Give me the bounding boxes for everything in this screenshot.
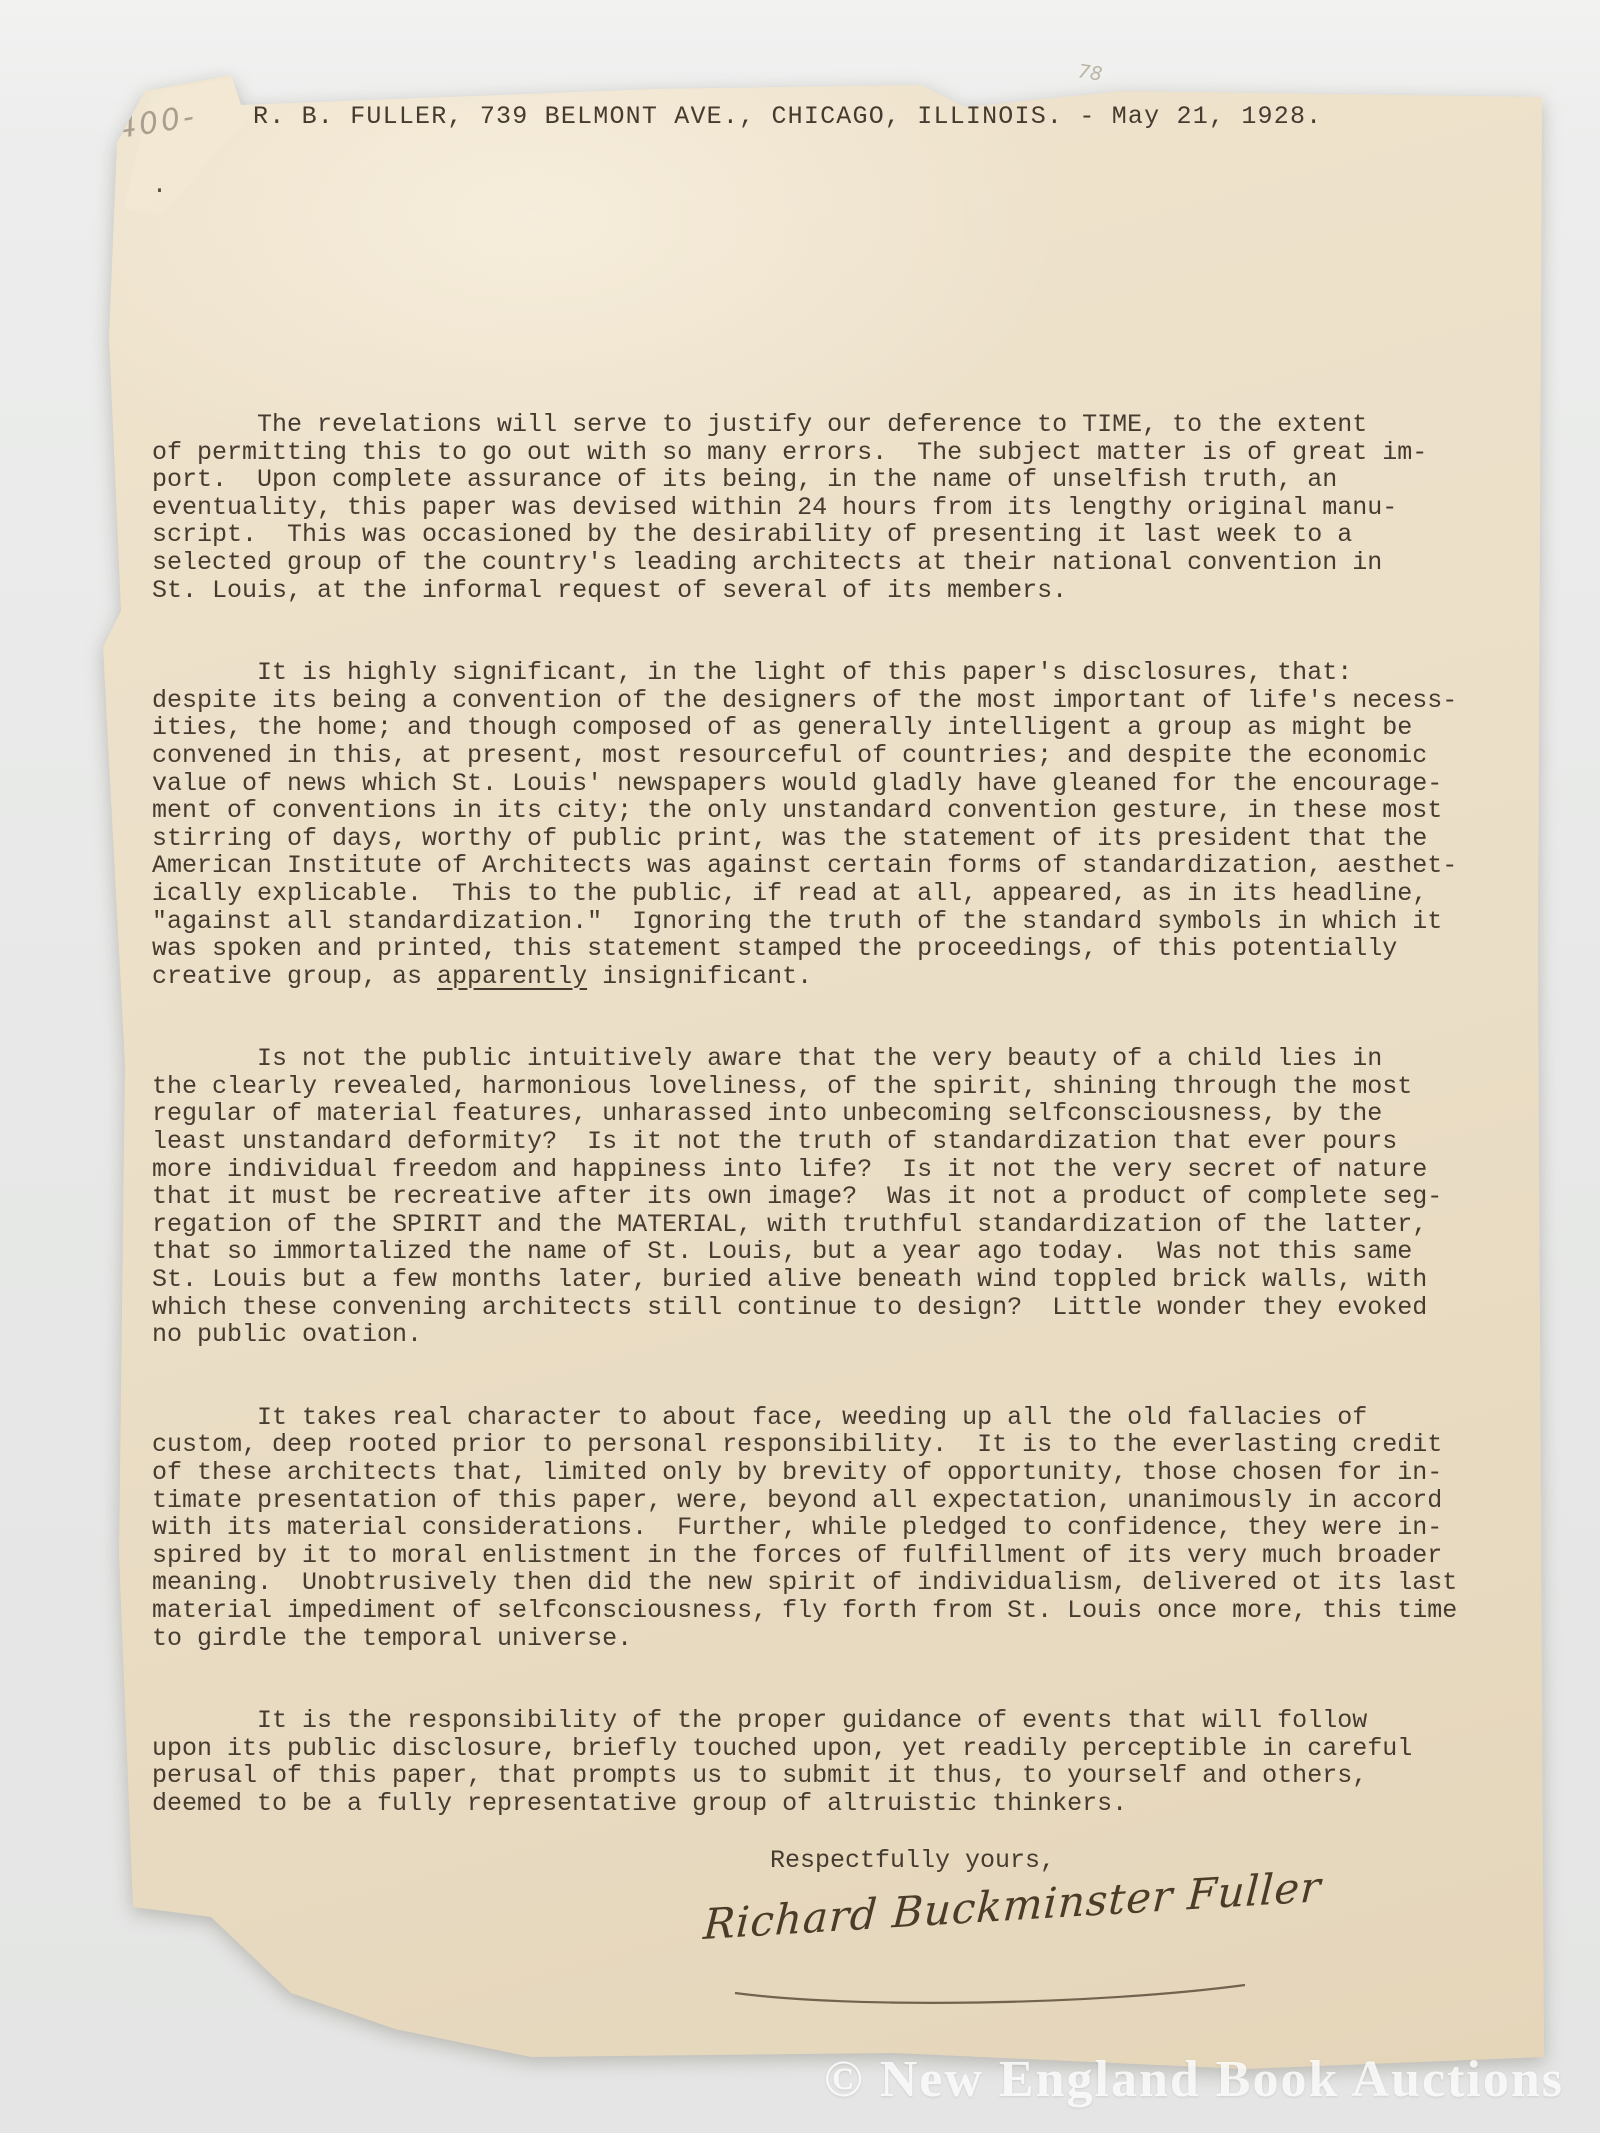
typed-line: material impediment of selfconsciousness… xyxy=(152,1597,1457,1625)
typed-line: port. Upon complete assurance of its bei… xyxy=(152,466,1457,494)
typed-line: custom, deep rooted prior to personal re… xyxy=(152,1431,1457,1459)
typed-line: with its material considerations. Furthe… xyxy=(152,1514,1457,1542)
auction-watermark: © New England Book Auctions xyxy=(824,2050,1564,2109)
typed-line: least unstandard deformity? Is it not th… xyxy=(152,1128,1457,1156)
stray-ink-dot: . xyxy=(152,171,167,200)
letter-closing: Respectfully yours, xyxy=(770,1847,1055,1875)
letter-paragraph: Is not the public intuitively aware that… xyxy=(152,1045,1457,1349)
pencil-corner-annotation: 78 xyxy=(1077,60,1104,85)
typed-line: spired by it to moral enlistment in the … xyxy=(152,1542,1457,1570)
typed-line: the clearly revealed, harmonious lovelin… xyxy=(152,1073,1457,1101)
handwritten-signature: Richard Buckminster Fuller xyxy=(702,1862,1323,1949)
torn-corner-chip xyxy=(109,75,259,215)
letter-paragraph: It takes real character to about face, w… xyxy=(152,1404,1457,1652)
typed-line: ment of conventions in its city; the onl… xyxy=(152,797,1457,825)
typed-line: meaning. Unobtrusively then did the new … xyxy=(152,1569,1457,1597)
typed-line: It takes real character to about face, w… xyxy=(152,1404,1457,1432)
typed-line: no public ovation. xyxy=(152,1321,1457,1349)
typed-line: convened in this, at present, most resou… xyxy=(152,742,1457,770)
typed-line: which these convening architects still c… xyxy=(152,1294,1457,1322)
typed-line: eventuality, this paper was devised with… xyxy=(152,494,1457,522)
typed-line: that so immortalized the name of St. Lou… xyxy=(152,1238,1457,1266)
typed-line: perusal of this paper, that prompts us t… xyxy=(152,1762,1457,1790)
typed-line: St. Louis but a few months later, buried… xyxy=(152,1266,1457,1294)
typed-line: American Institute of Architects was aga… xyxy=(152,852,1457,880)
typed-line: timate presentation of this paper, were,… xyxy=(152,1487,1457,1515)
typed-line: stirring of days, worthy of public print… xyxy=(152,825,1457,853)
typed-line: ities, the home; and though composed of … xyxy=(152,714,1457,742)
typed-line: creative group, as apparently insignific… xyxy=(152,963,1457,991)
scanned-letter-photo: 400- R. B. FULLER, 739 BELMONT AVE., CHI… xyxy=(0,0,1600,2133)
typed-line: was spoken and printed, this statement s… xyxy=(152,935,1457,963)
typed-line: St. Louis, at the informal request of se… xyxy=(152,577,1457,605)
letter-body: The revelations will serve to justify ou… xyxy=(152,411,1457,1818)
typed-line: regation of the SPIRIT and the MATERIAL,… xyxy=(152,1211,1457,1239)
typed-line: despite its being a convention of the de… xyxy=(152,687,1457,715)
typed-line: to girdle the temporal universe. xyxy=(152,1625,1457,1653)
typed-line: regular of material features, unharassed… xyxy=(152,1100,1457,1128)
letter-paragraph: It is highly significant, in the light o… xyxy=(152,659,1457,990)
typed-line: upon its public disclosure, briefly touc… xyxy=(152,1735,1457,1763)
letter-page: 400- R. B. FULLER, 739 BELMONT AVE., CHI… xyxy=(95,55,1545,2075)
typed-line: The revelations will serve to justify ou… xyxy=(152,411,1457,439)
paper-sheet-wrap: 400- R. B. FULLER, 739 BELMONT AVE., CHI… xyxy=(95,55,1545,2075)
typed-line: more individual freedom and happiness in… xyxy=(152,1156,1457,1184)
typed-line: deemed to be a fully representative grou… xyxy=(152,1790,1457,1818)
typed-line: It is highly significant, in the light o… xyxy=(152,659,1457,687)
letter-header: R. B. FULLER, 739 BELMONT AVE., CHICAGO,… xyxy=(253,103,1322,131)
typed-line: selected group of the country's leading … xyxy=(152,549,1457,577)
signature-flourish xyxy=(715,1955,1255,2015)
typed-line: "against all standardization." Ignoring … xyxy=(152,908,1457,936)
typed-line: value of news which St. Louis' newspaper… xyxy=(152,770,1457,798)
typed-line: ically explicable. This to the public, i… xyxy=(152,880,1457,908)
typed-line: of permitting this to go out with so man… xyxy=(152,439,1457,467)
letter-paragraph: It is the responsibility of the proper g… xyxy=(152,1707,1457,1817)
typed-line: Is not the public intuitively aware that… xyxy=(152,1045,1457,1073)
typed-line: that it must be recreative after its own… xyxy=(152,1183,1457,1211)
typed-line: script. This was occasioned by the desir… xyxy=(152,521,1457,549)
letter-paragraph: The revelations will serve to justify ou… xyxy=(152,411,1457,604)
typed-line: It is the responsibility of the proper g… xyxy=(152,1707,1457,1735)
typed-line: of these architects that, limited only b… xyxy=(152,1459,1457,1487)
